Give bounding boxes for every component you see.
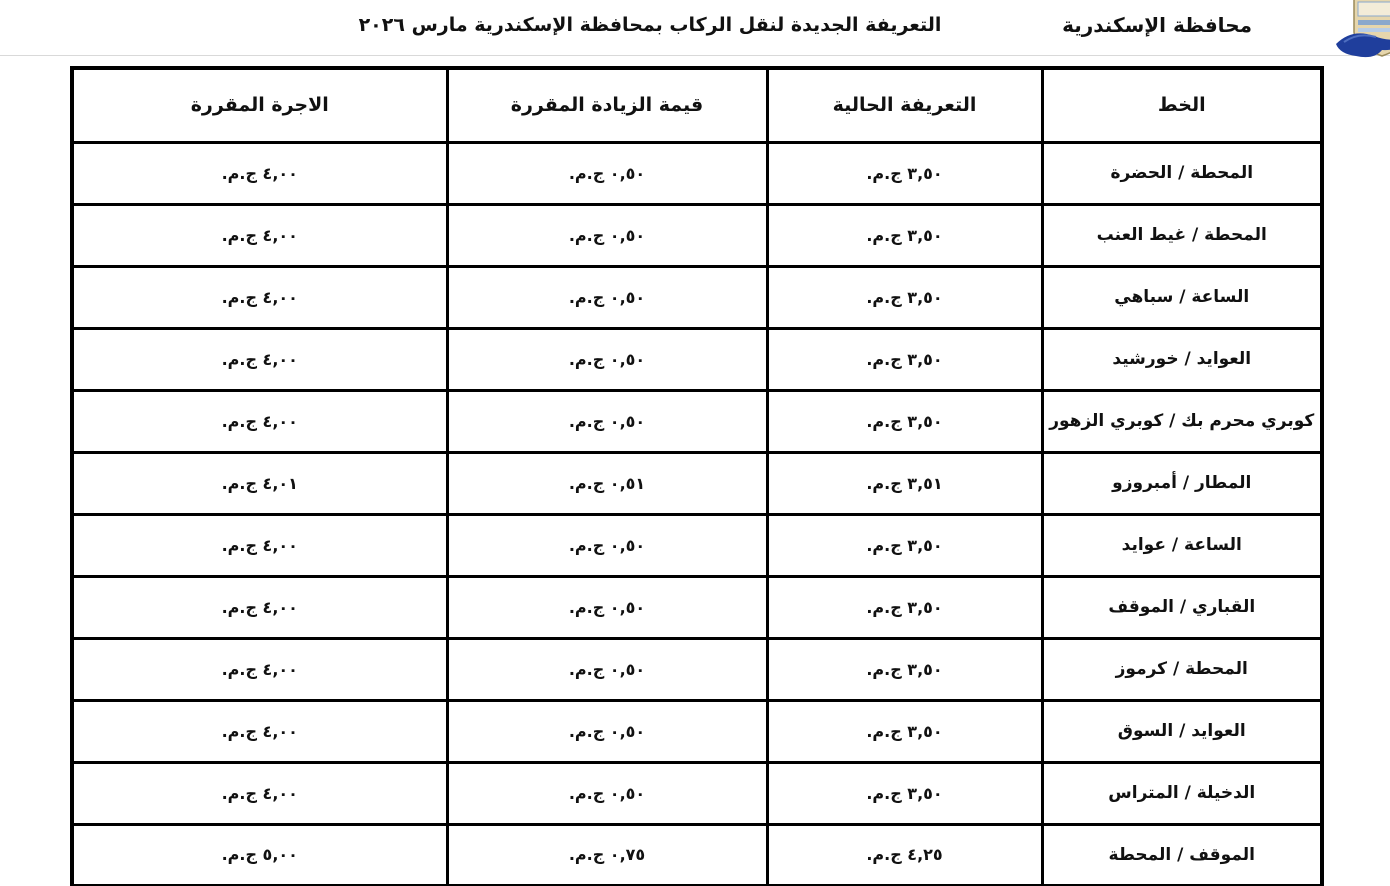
tariff-table: الخطالتعريفة الحاليةقيمة الزيادة المقررة…: [70, 66, 1324, 886]
cell-current: ٣,٥٠ ج.م.: [767, 514, 1042, 576]
cell-current: ٣,٥٠ ج.م.: [767, 638, 1042, 700]
table-row: كوبري محرم بك / كوبري الزهور٣,٥٠ ج.م.٠,٥…: [72, 390, 1322, 452]
page-title: التعريفة الجديدة لنقل الركاب بمحافظة الإ…: [280, 14, 1020, 36]
cell-current: ٣,٥٠ ج.م.: [767, 328, 1042, 390]
cell-current: ٤,٢٥ ج.م.: [767, 824, 1042, 886]
column-header-current: التعريفة الحالية: [767, 68, 1042, 142]
cell-increase: ٠,٥٠ ج.م.: [447, 700, 767, 762]
cell-increase: ٠,٥٠ ج.م.: [447, 762, 767, 824]
table-row: العوايد / خورشيد٣,٥٠ ج.م.٠,٥٠ ج.م.٤,٠٠ ج…: [72, 328, 1322, 390]
cell-route: المحطة / غيط العنب: [1042, 204, 1322, 266]
table-row: الساعة / سباهي٣,٥٠ ج.م.٠,٥٠ ج.م.٤,٠٠ ج.م…: [72, 266, 1322, 328]
cell-current: ٣,٥٠ ج.م.: [767, 204, 1042, 266]
alexandria-governorate-emblem-icon: [1320, 0, 1390, 70]
cell-route: الساعة / عوايد: [1042, 514, 1322, 576]
org-name: محافظة الإسكندرية: [1062, 13, 1252, 37]
table-body: المحطة / الحضرة٣,٥٠ ج.م.٠,٥٠ ج.م.٤,٠٠ ج.…: [72, 142, 1322, 886]
cell-increase: ٠,٥٠ ج.م.: [447, 638, 767, 700]
cell-current: ٣,٥٠ ج.م.: [767, 142, 1042, 204]
cell-current: ٣,٥٠ ج.م.: [767, 576, 1042, 638]
cell-route: المطار / أمبروزو: [1042, 452, 1322, 514]
cell-fare: ٤,٠٠ ج.م.: [72, 576, 447, 638]
cell-current: ٣,٥١ ج.م.: [767, 452, 1042, 514]
cell-current: ٣,٥٠ ج.م.: [767, 762, 1042, 824]
cell-fare: ٤,٠٠ ج.م.: [72, 700, 447, 762]
cell-fare: ٤,٠٠ ج.م.: [72, 328, 447, 390]
cell-increase: ٠,٥١ ج.م.: [447, 452, 767, 514]
table-row: القباري / الموقف٣,٥٠ ج.م.٠,٥٠ ج.م.٤,٠٠ ج…: [72, 576, 1322, 638]
cell-increase: ٠,٥٠ ج.م.: [447, 142, 767, 204]
column-header-fare: الاجرة المقررة: [72, 68, 447, 142]
document-page: محافظة الإسكندرية التعريفة الجديدة لنقل …: [0, 0, 1390, 886]
cell-route: الساعة / سباهي: [1042, 266, 1322, 328]
cell-route: كوبري محرم بك / كوبري الزهور: [1042, 390, 1322, 452]
table-row: المحطة / كرموز٣,٥٠ ج.م.٠,٥٠ ج.م.٤,٠٠ ج.م…: [72, 638, 1322, 700]
cell-increase: ٠,٧٥ ج.م.: [447, 824, 767, 886]
cell-increase: ٠,٥٠ ج.م.: [447, 328, 767, 390]
header-rule: [0, 55, 1390, 56]
cell-route: العوايد / خورشيد: [1042, 328, 1322, 390]
cell-current: ٣,٥٠ ج.م.: [767, 266, 1042, 328]
table-row: المحطة / الحضرة٣,٥٠ ج.م.٠,٥٠ ج.م.٤,٠٠ ج.…: [72, 142, 1322, 204]
cell-increase: ٠,٥٠ ج.م.: [447, 576, 767, 638]
cell-fare: ٤,٠٠ ج.م.: [72, 204, 447, 266]
cell-route: القباري / الموقف: [1042, 576, 1322, 638]
column-header-increase: قيمة الزيادة المقررة: [447, 68, 767, 142]
column-header-route: الخط: [1042, 68, 1322, 142]
header-row: الخطالتعريفة الحاليةقيمة الزيادة المقررة…: [72, 68, 1322, 142]
table-row: الموقف / المحطة٤,٢٥ ج.م.٠,٧٥ ج.م.٥,٠٠ ج.…: [72, 824, 1322, 886]
table-header: الخطالتعريفة الحاليةقيمة الزيادة المقررة…: [72, 68, 1322, 142]
cell-increase: ٠,٥٠ ج.م.: [447, 266, 767, 328]
cell-route: الدخيلة / المتراس: [1042, 762, 1322, 824]
cell-route: المحطة / الحضرة: [1042, 142, 1322, 204]
table-row: الساعة / عوايد٣,٥٠ ج.م.٠,٥٠ ج.م.٤,٠٠ ج.م…: [72, 514, 1322, 576]
cell-fare: ٤,٠٠ ج.م.: [72, 514, 447, 576]
cell-route: العوايد / السوق: [1042, 700, 1322, 762]
cell-increase: ٠,٥٠ ج.م.: [447, 390, 767, 452]
table-row: المطار / أمبروزو٣,٥١ ج.م.٠,٥١ ج.م.٤,٠١ ج…: [72, 452, 1322, 514]
table-row: المحطة / غيط العنب٣,٥٠ ج.م.٠,٥٠ ج.م.٤,٠٠…: [72, 204, 1322, 266]
cell-fare: ٥,٠٠ ج.م.: [72, 824, 447, 886]
cell-fare: ٤,٠٠ ج.م.: [72, 638, 447, 700]
cell-fare: ٤,٠٠ ج.م.: [72, 390, 447, 452]
cell-route: الموقف / المحطة: [1042, 824, 1322, 886]
cell-fare: ٤,٠٠ ج.م.: [72, 142, 447, 204]
table-row: الدخيلة / المتراس٣,٥٠ ج.م.٠,٥٠ ج.م.٤,٠٠ …: [72, 762, 1322, 824]
cell-increase: ٠,٥٠ ج.م.: [447, 204, 767, 266]
cell-fare: ٤,٠٠ ج.م.: [72, 762, 447, 824]
table-row: العوايد / السوق٣,٥٠ ج.م.٠,٥٠ ج.م.٤,٠٠ ج.…: [72, 700, 1322, 762]
cell-current: ٣,٥٠ ج.م.: [767, 700, 1042, 762]
cell-fare: ٤,٠٠ ج.م.: [72, 266, 447, 328]
cell-current: ٣,٥٠ ج.م.: [767, 390, 1042, 452]
cell-fare: ٤,٠١ ج.م.: [72, 452, 447, 514]
cell-increase: ٠,٥٠ ج.م.: [447, 514, 767, 576]
cell-route: المحطة / كرموز: [1042, 638, 1322, 700]
